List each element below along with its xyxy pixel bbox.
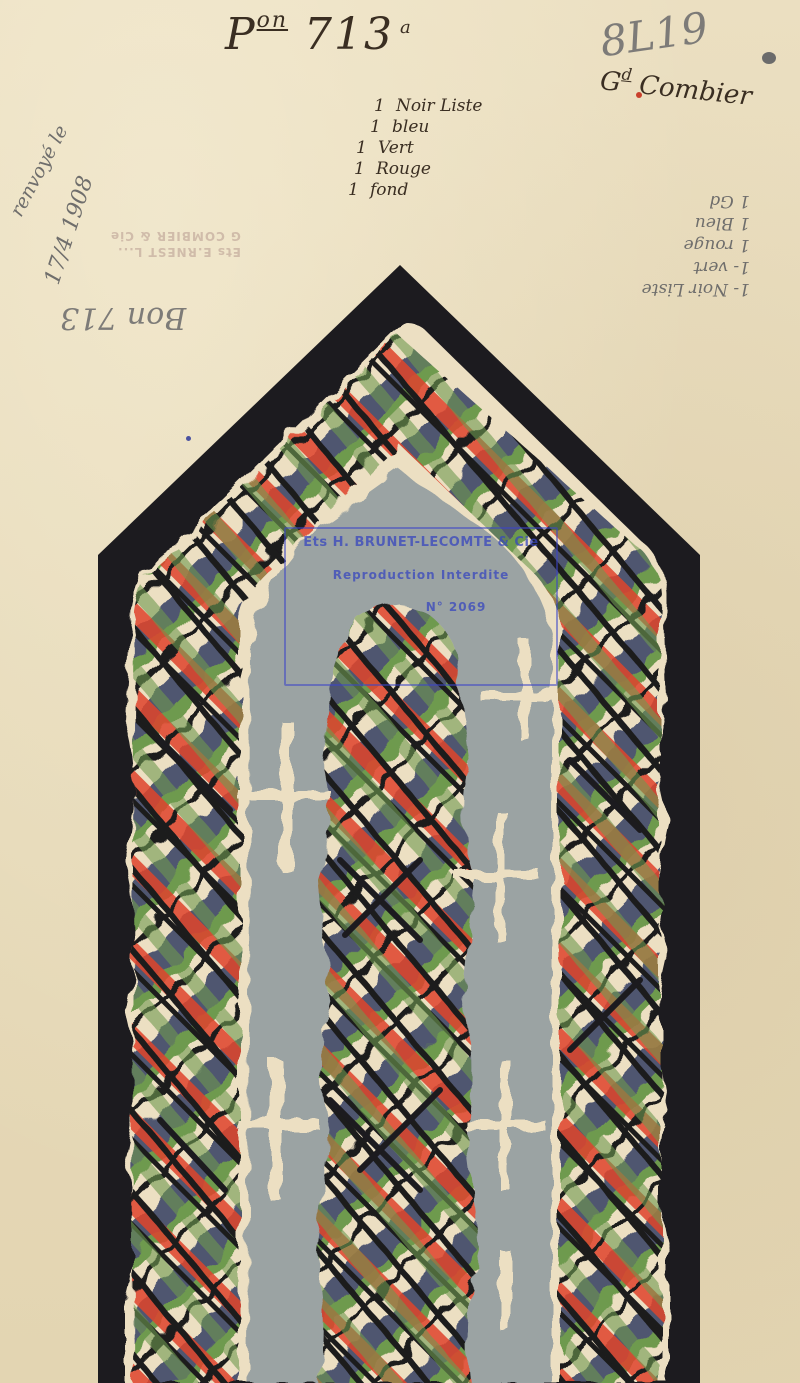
stamp-number: N° 2069 [286, 600, 556, 614]
reproduction-stamp: Ets H. BRUNET-LECOMTE & Cie Reproduction… [284, 527, 558, 686]
stamp-company: Ets H. BRUNET-LECOMTE & Cie [286, 535, 556, 550]
textile-design-artwork [0, 0, 800, 1383]
center-lattice-overlay [315, 605, 480, 1383]
stamp-notice: Reproduction Interdite [286, 568, 556, 582]
